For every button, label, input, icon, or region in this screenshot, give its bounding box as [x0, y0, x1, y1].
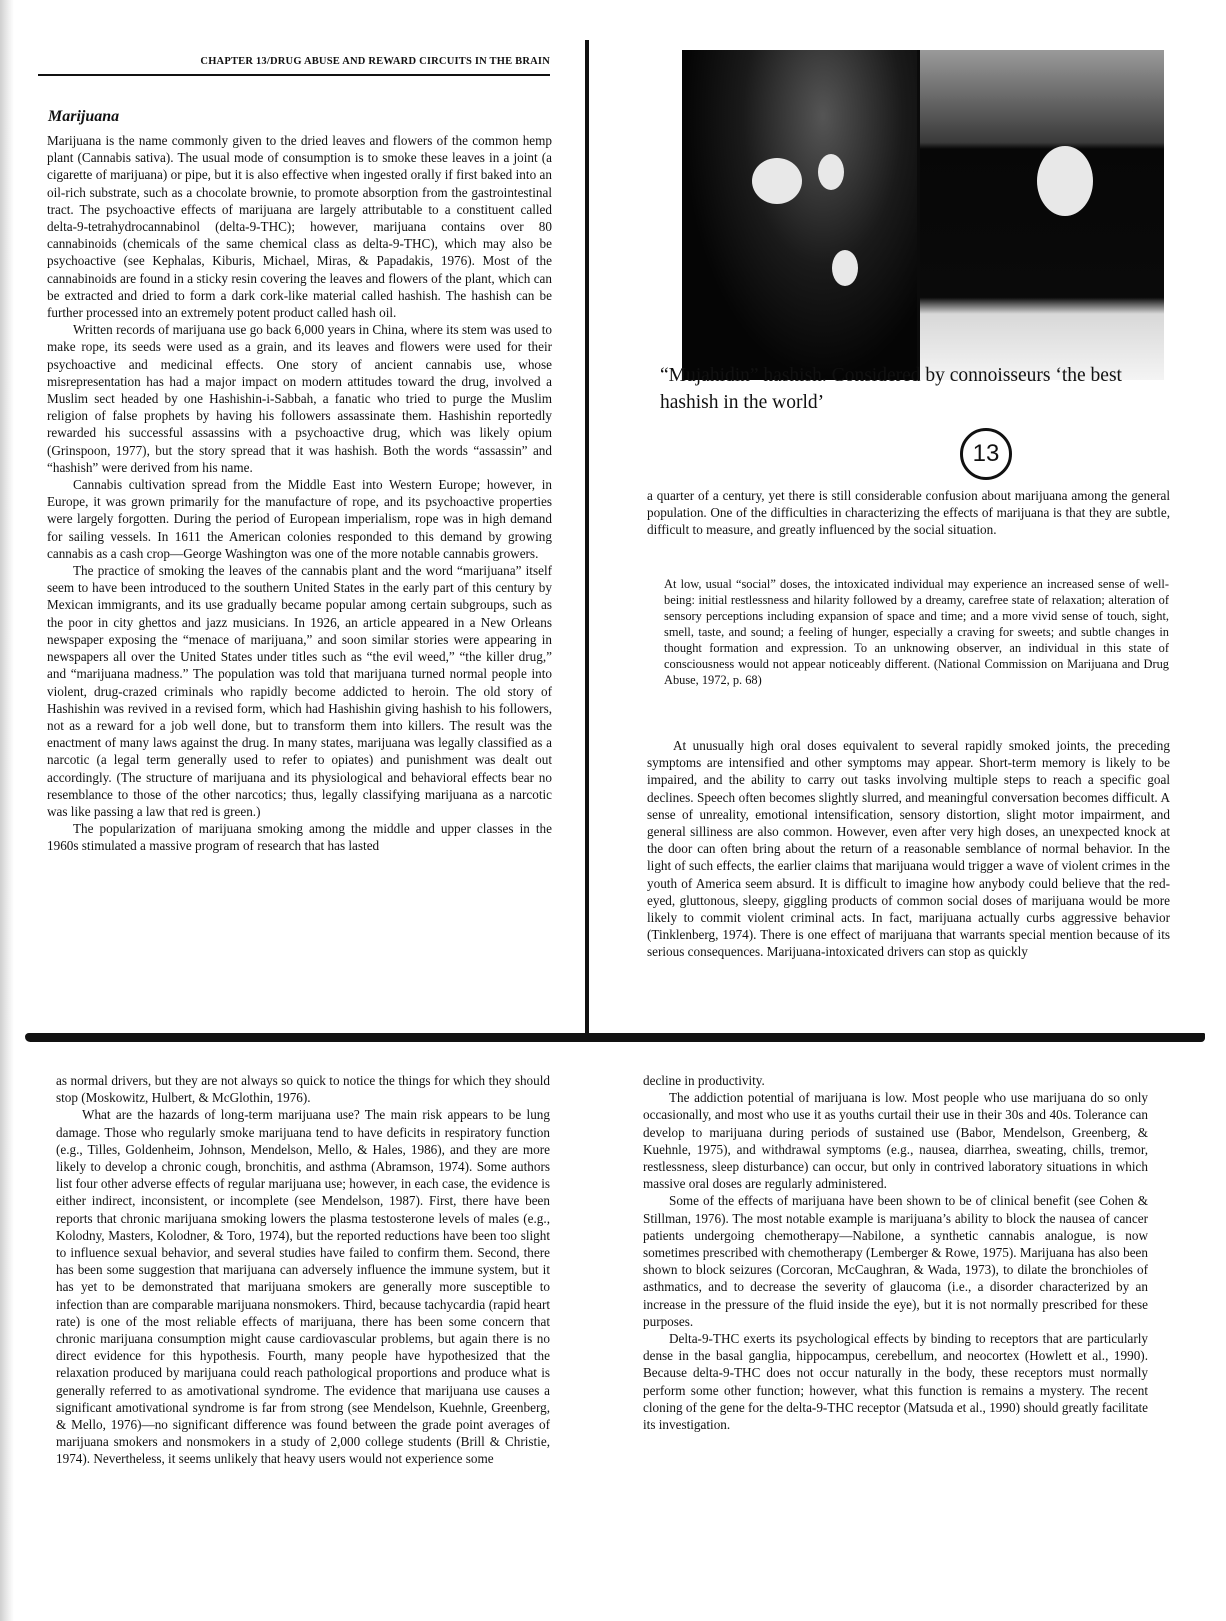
scan-shadow-edge: [0, 0, 14, 1621]
top-right-intro: a quarter of a century, yet there is sti…: [647, 487, 1170, 539]
paragraph: a quarter of a century, yet there is sti…: [647, 487, 1170, 539]
running-head: CHAPTER 13/DRUG ABUSE AND REWARD CIRCUIT…: [190, 56, 550, 67]
paragraph: The popularization of marijuana smoking …: [47, 820, 552, 854]
block-quote: At low, usual “social” doses, the intoxi…: [664, 576, 1169, 688]
leaf-stamp-mark: [1037, 146, 1093, 216]
paragraph: Written records of marijuana use go back…: [47, 321, 552, 476]
section-title: Marijuana: [48, 108, 119, 126]
top-right-column: At unusually high oral doses equivalent …: [647, 737, 1170, 961]
hashish-photo: [682, 50, 1164, 380]
paragraph: decline in productivity.: [643, 1072, 1148, 1089]
header-rule: [38, 74, 550, 76]
vertical-divider-line: [585, 40, 589, 1035]
leaf-stamp-mark: [818, 154, 844, 190]
paragraph: At unusually high oral doses equivalent …: [647, 737, 1170, 961]
paragraph: The practice of smoking the leaves of th…: [47, 562, 552, 820]
photo-right-panel: [920, 50, 1164, 380]
photo-left-panel: [682, 50, 917, 380]
paragraph: What are the hazards of long-term mariju…: [56, 1106, 550, 1467]
paragraph: as normal drivers, but they are not alwa…: [56, 1072, 550, 1106]
paragraph: Cannabis cultivation spread from the Mid…: [47, 476, 552, 562]
bottom-right-column: decline in productivity. The addiction p…: [643, 1072, 1148, 1433]
horizontal-divider-line: [25, 1033, 1205, 1042]
handwritten-circled-number: 13: [960, 428, 1012, 480]
top-left-column: Marijuana is the name commonly given to …: [47, 132, 552, 855]
leaf-stamp-mark: [752, 158, 802, 204]
bottom-left-column: as normal drivers, but they are not alwa…: [56, 1072, 550, 1468]
figure-caption: “Mujahidin” hashish. Considered by conno…: [660, 362, 1180, 416]
paragraph: The addiction potential of marijuana is …: [643, 1089, 1148, 1192]
leaf-stamp-mark: [832, 250, 858, 286]
paragraph: Some of the effects of marijuana have be…: [643, 1192, 1148, 1330]
paragraph: Delta-9-THC exerts its psychological eff…: [643, 1330, 1148, 1433]
paragraph: Marijuana is the name commonly given to …: [47, 132, 552, 321]
